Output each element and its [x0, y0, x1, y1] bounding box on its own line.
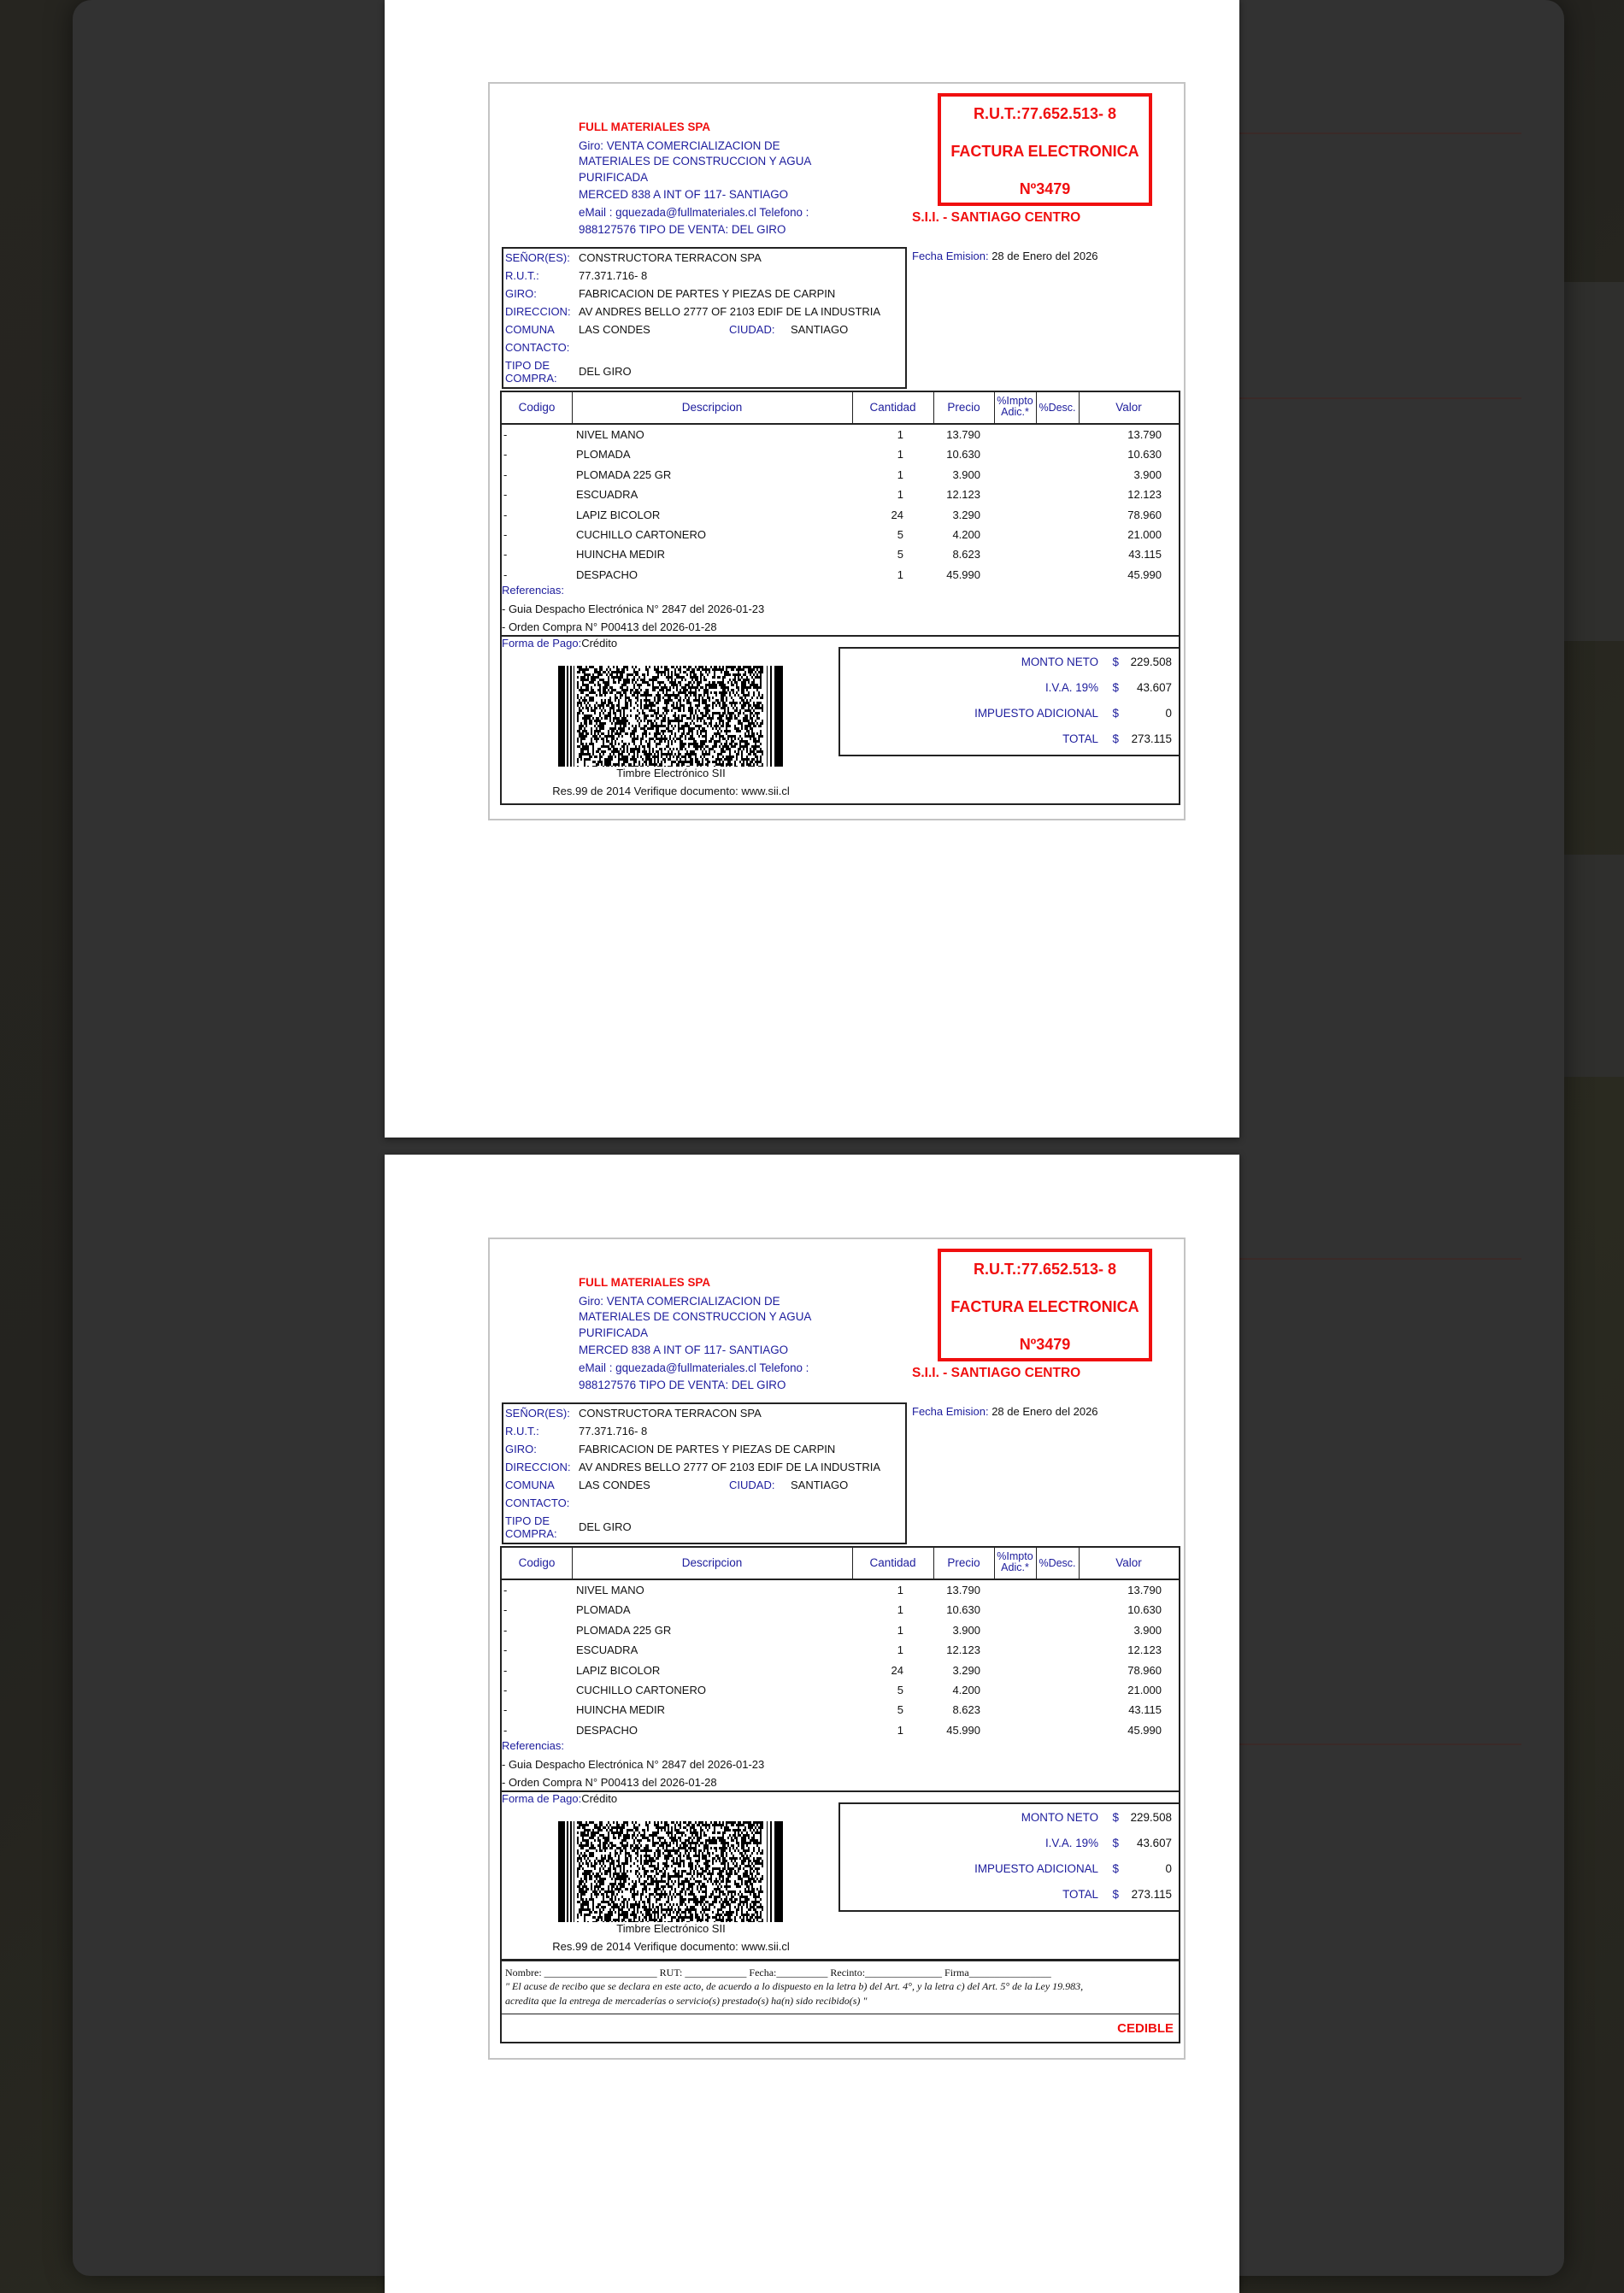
- cell-precio: 4.200: [952, 1684, 980, 1696]
- col-precio: Precio: [933, 392, 994, 423]
- cell-cantidad: 5: [897, 1684, 903, 1696]
- invoice-frame: FULL MATERIALES SPA Giro: VENTA COMERCIA…: [488, 82, 1186, 820]
- cell-codigo: -: [503, 1684, 507, 1696]
- cell-descripcion: NIVEL MANO: [576, 428, 644, 441]
- cell-precio: 3.290: [952, 509, 980, 521]
- col-valor: Valor: [1079, 392, 1179, 423]
- fecha-emision-label: Fecha Emision:: [912, 250, 989, 262]
- references-title: Referencias:: [502, 1739, 564, 1752]
- client-value: 77.371.716- 8: [579, 1423, 647, 1440]
- cell-precio: 3.290: [952, 1664, 980, 1677]
- document-viewer-modal: FULL MATERIALES SPA Giro: VENTA COMERCIA…: [73, 0, 1564, 2276]
- col-valor: Valor: [1079, 1548, 1179, 1579]
- table-row: -NIVEL MANO113.79013.790: [502, 425, 1179, 444]
- client-label: R.U.T.:: [505, 268, 539, 285]
- cell-valor: 43.115: [1128, 1703, 1162, 1716]
- cell-descripcion: LAPIZ BICOLOR: [576, 509, 660, 521]
- sii-office: S.I.I. - SANTIAGO CENTRO: [912, 1366, 1080, 1381]
- client-label: R.U.T.:: [505, 1423, 539, 1440]
- cell-precio: 10.630: [946, 448, 980, 461]
- emitter-giro-2: MATERIALES DE CONSTRUCCION Y AGUA: [579, 153, 811, 169]
- cell-valor: 12.123: [1127, 1643, 1162, 1656]
- client-label: COMUNA: [505, 1477, 555, 1494]
- fecha-emision: Fecha Emision: 28 de Enero del 2026: [912, 250, 1098, 262]
- cell-descripcion: CUCHILLO CARTONERO: [576, 1684, 706, 1696]
- emitter-info: FULL MATERIALES SPA Giro: VENTA COMERCIA…: [579, 1274, 811, 1395]
- totals-box: MONTO NETO$229.508 I.V.A. 19%$43.607 IMP…: [838, 1802, 1180, 1912]
- col-descripcion: Descripcion: [572, 392, 852, 423]
- cell-cantidad: 1: [897, 1724, 903, 1737]
- cell-cantidad: 24: [891, 1664, 903, 1677]
- cell-codigo: -: [503, 468, 507, 481]
- fecha-emision: Fecha Emision: 28 de Enero del 2026: [912, 1405, 1098, 1418]
- items-table-header: Codigo Descripcion Cantidad Precio %Impt…: [502, 1548, 1179, 1580]
- cell-cantidad: 5: [897, 1703, 903, 1716]
- client-label: DIRECCION:: [505, 1459, 571, 1476]
- cedible-label: CEDIBLE: [1117, 2021, 1174, 2036]
- client-value: FABRICACION DE PARTES Y PIEZAS DE CARPIN: [579, 1441, 835, 1458]
- cell-descripcion: DESPACHO: [576, 1724, 638, 1737]
- cell-precio: 3.900: [952, 468, 980, 481]
- cell-descripcion: PLOMADA: [576, 1603, 631, 1616]
- total-row-total: TOTAL$273.115: [840, 1888, 1179, 1905]
- table-row: -PLOMADA 225 GR13.9003.900: [502, 1620, 1179, 1640]
- cell-codigo: -: [503, 1643, 507, 1656]
- divider: [1239, 132, 1521, 134]
- cell-descripcion: HUINCHA MEDIR: [576, 1703, 665, 1716]
- total-row-iva: I.V.A. 19%$43.607: [840, 681, 1179, 698]
- client-value: CONSTRUCTORA TERRACON SPA: [579, 250, 762, 267]
- client-info-box: SEÑOR(ES):CONSTRUCTORA TERRACON SPA R.U.…: [502, 247, 907, 389]
- cell-cantidad: 5: [897, 548, 903, 561]
- emitter-contact-1: eMail : gquezada@fullmateriales.cl Telef…: [579, 204, 811, 222]
- tipo-compra-label: TIPO DECOMPRA:: [505, 359, 557, 385]
- divider: [1239, 1743, 1521, 1745]
- emitter-giro-3: PURIFICADA: [579, 169, 811, 187]
- cell-valor: 10.630: [1127, 448, 1162, 461]
- table-row: -CUCHILLO CARTONERO54.20021.000: [502, 525, 1179, 544]
- cell-precio: 13.790: [946, 1584, 980, 1596]
- total-row-impuesto-adicional: IMPUESTO ADICIONAL$0: [840, 707, 1179, 724]
- table-row: -NIVEL MANO113.79013.790: [502, 1580, 1179, 1600]
- cell-cantidad: 1: [897, 468, 903, 481]
- timbre-verify-note: Res.99 de 2014 Verifique documento: www.…: [502, 785, 840, 797]
- timbre-verify-note: Res.99 de 2014 Verifique documento: www.…: [502, 1940, 840, 1953]
- cell-valor: 3.900: [1133, 468, 1162, 481]
- acuse-recibo-box: Nombre: ______________________ RUT: ____…: [500, 1960, 1180, 2043]
- cell-cantidad: 1: [897, 488, 903, 501]
- tipo-compra-value: DEL GIRO: [579, 1519, 632, 1536]
- cell-valor: 3.900: [1133, 1624, 1162, 1637]
- document-header-box: R.U.T.:77.652.513- 8 FACTURA ELECTRONICA…: [938, 1249, 1152, 1361]
- background-panel: [1564, 282, 1624, 641]
- cell-cantidad: 1: [897, 448, 903, 461]
- cell-codigo: -: [503, 1724, 507, 1737]
- cell-codigo: -: [503, 1603, 507, 1616]
- col-desc: %Desc.: [1036, 392, 1079, 423]
- client-label: GIRO:: [505, 1441, 537, 1458]
- document-number: Nº3479: [941, 180, 1149, 198]
- cell-precio: 45.990: [946, 568, 980, 581]
- col-precio: Precio: [933, 1548, 994, 1579]
- emitter-giro-1: Giro: VENTA COMERCIALIZACION DE: [579, 1294, 811, 1308]
- cell-valor: 12.123: [1127, 488, 1162, 501]
- col-cantidad: Cantidad: [852, 392, 933, 423]
- ciudad-value: SANTIAGO: [791, 1477, 848, 1494]
- cell-descripcion: PLOMADA: [576, 448, 631, 461]
- cell-precio: 8.623: [952, 548, 980, 561]
- col-descripcion: Descripcion: [572, 1548, 852, 1579]
- cell-cantidad: 1: [897, 428, 903, 441]
- ciudad-value: SANTIAGO: [791, 321, 848, 338]
- total-row-impuesto-adicional: IMPUESTO ADICIONAL$0: [840, 1862, 1179, 1879]
- col-desc: %Desc.: [1036, 1548, 1079, 1579]
- cell-codigo: -: [503, 428, 507, 441]
- cell-precio: 45.990: [946, 1724, 980, 1737]
- cell-descripcion: PLOMADA 225 GR: [576, 1624, 671, 1637]
- client-value: 77.371.716- 8: [579, 268, 647, 285]
- table-row: -CUCHILLO CARTONERO54.20021.000: [502, 1680, 1179, 1700]
- cell-codigo: -: [503, 548, 507, 561]
- ciudad-label: CIUDAD:: [729, 1477, 774, 1494]
- timbre-caption: Timbre Electrónico SII: [502, 767, 840, 779]
- emitter-contact-1: eMail : gquezada@fullmateriales.cl Telef…: [579, 1360, 811, 1378]
- document-number: Nº3479: [941, 1336, 1149, 1354]
- emitter-contact-2: 988127576 TIPO DE VENTA: DEL GIRO: [579, 1377, 811, 1395]
- emitter-giro-2: MATERIALES DE CONSTRUCCION Y AGUA: [579, 1308, 811, 1325]
- fecha-emision-value: 28 de Enero del 2026: [989, 250, 1098, 262]
- invoice-frame: FULL MATERIALES SPA Giro: VENTA COMERCIA…: [488, 1238, 1186, 2060]
- table-row: -LAPIZ BICOLOR243.29078.960: [502, 1661, 1179, 1680]
- total-row-neto: MONTO NETO$229.508: [840, 656, 1179, 673]
- emitter-giro-3: PURIFICADA: [579, 1325, 811, 1343]
- client-value: AV ANDRES BELLO 2777 OF 2103 EDIF DE LA …: [579, 303, 880, 320]
- client-label: CONTACTO:: [505, 1495, 569, 1512]
- items-table: Codigo Descripcion Cantidad Precio %Impt…: [500, 1546, 1180, 1792]
- fecha-emision-label: Fecha Emision:: [912, 1405, 989, 1418]
- timbre-caption: Timbre Electrónico SII: [502, 1922, 840, 1935]
- emitter-address: MERCED 838 A INT OF 117- SANTIAGO: [579, 186, 811, 204]
- tipo-compra-label: TIPO DECOMPRA:: [505, 1514, 557, 1540]
- reference-line: - Orden Compra N° P00413 del 2026-01-28: [502, 1776, 717, 1789]
- cell-cantidad: 1: [897, 1643, 903, 1656]
- client-label: DIRECCION:: [505, 303, 571, 320]
- cell-descripcion: CUCHILLO CARTONERO: [576, 528, 706, 541]
- client-label: SEÑOR(ES):: [505, 1405, 570, 1422]
- reference-line: - Guia Despacho Electrónica N° 2847 del …: [502, 1758, 764, 1771]
- cell-codigo: -: [503, 568, 507, 581]
- table-row: -DESPACHO145.99045.990: [502, 1720, 1179, 1740]
- acuse-legal-line: " El acuse de recibo que se declara en e…: [505, 1980, 1083, 1993]
- total-row-total: TOTAL$273.115: [840, 732, 1179, 750]
- cell-codigo: -: [503, 1584, 507, 1596]
- cell-cantidad: 1: [897, 1584, 903, 1596]
- forma-pago: Forma de Pago:Crédito: [502, 1792, 617, 1805]
- totals-section: Forma de Pago:Crédito Timbre Electrónico…: [500, 1792, 1180, 1961]
- items-table: Codigo Descripcion Cantidad Precio %Impt…: [500, 391, 1180, 637]
- pdf-page-2: FULL MATERIALES SPA Giro: VENTA COMERCIA…: [385, 1155, 1239, 2293]
- divider: [1239, 1258, 1521, 1260]
- table-row: -HUINCHA MEDIR58.62343.115: [502, 1700, 1179, 1720]
- cell-descripcion: NIVEL MANO: [576, 1584, 644, 1596]
- acuse-fields-line: Nombre: ______________________ RUT: ____…: [505, 1967, 1051, 1979]
- emitter-giro-1: Giro: VENTA COMERCIALIZACION DE: [579, 138, 811, 153]
- cell-codigo: -: [503, 448, 507, 461]
- cell-precio: 13.790: [946, 428, 980, 441]
- client-row: COMUNALAS CONDESCIUDAD:SANTIAGO: [505, 1477, 898, 1494]
- cell-codigo: -: [503, 1703, 507, 1716]
- table-row: -PLOMADA110.63010.630: [502, 1600, 1179, 1620]
- client-row: COMUNALAS CONDESCIUDAD:SANTIAGO: [505, 321, 898, 338]
- cell-precio: 10.630: [946, 1603, 980, 1616]
- reference-line: - Guia Despacho Electrónica N° 2847 del …: [502, 603, 764, 615]
- cell-valor: 21.000: [1127, 1684, 1162, 1696]
- client-label: GIRO:: [505, 285, 537, 303]
- issuer-rut: R.U.T.:77.652.513- 8: [941, 105, 1149, 123]
- timbre-electronico-barcode: [558, 666, 783, 767]
- references-title: Referencias:: [502, 584, 564, 597]
- client-label: COMUNA: [505, 321, 555, 338]
- cell-precio: 3.900: [952, 1624, 980, 1637]
- cell-cantidad: 24: [891, 509, 903, 521]
- ciudad-label: CIUDAD:: [729, 321, 774, 338]
- cell-valor: 45.990: [1127, 1724, 1162, 1737]
- cell-valor: 13.790: [1127, 428, 1162, 441]
- table-row: -ESCUADRA112.12312.123: [502, 485, 1179, 504]
- cell-cantidad: 1: [897, 568, 903, 581]
- cell-codigo: -: [503, 528, 507, 541]
- divider: [1239, 397, 1521, 399]
- client-label: CONTACTO:: [505, 339, 569, 356]
- cell-valor: 10.630: [1127, 1603, 1162, 1616]
- cell-valor: 78.960: [1127, 1664, 1162, 1677]
- totals-box: MONTO NETO$229.508 I.V.A. 19%$43.607 IMP…: [838, 647, 1180, 756]
- col-codigo: Codigo: [502, 1548, 572, 1579]
- emitter-contact-2: 988127576 TIPO DE VENTA: DEL GIRO: [579, 221, 811, 239]
- cell-descripcion: ESCUADRA: [576, 488, 638, 501]
- emitter-info: FULL MATERIALES SPA Giro: VENTA COMERCIA…: [579, 119, 811, 239]
- document-header-box: R.U.T.:77.652.513- 8 FACTURA ELECTRONICA…: [938, 93, 1152, 206]
- sii-office: S.I.I. - SANTIAGO CENTRO: [912, 210, 1080, 226]
- cell-valor: 45.990: [1127, 568, 1162, 581]
- client-value: LAS CONDES: [579, 321, 650, 338]
- pdf-viewer-scroll-area[interactable]: FULL MATERIALES SPA Giro: VENTA COMERCIA…: [385, 0, 1239, 2293]
- cell-codigo: -: [503, 509, 507, 521]
- client-value: FABRICACION DE PARTES Y PIEZAS DE CARPIN: [579, 285, 835, 303]
- items-table-header: Codigo Descripcion Cantidad Precio %Impt…: [502, 392, 1179, 425]
- table-row: -LAPIZ BICOLOR243.29078.960: [502, 505, 1179, 525]
- cell-codigo: -: [503, 1624, 507, 1637]
- forma-pago: Forma de Pago:Crédito: [502, 637, 617, 650]
- cell-cantidad: 1: [897, 1603, 903, 1616]
- table-row: -PLOMADA 225 GR13.9003.900: [502, 465, 1179, 485]
- emitter-name: FULL MATERIALES SPA: [579, 1274, 811, 1292]
- cell-codigo: -: [503, 1664, 507, 1677]
- col-cantidad: Cantidad: [852, 1548, 933, 1579]
- cell-descripcion: ESCUADRA: [576, 1643, 638, 1656]
- cell-valor: 21.000: [1127, 528, 1162, 541]
- reference-line: - Orden Compra N° P00413 del 2026-01-28: [502, 620, 717, 633]
- client-label: SEÑOR(ES):: [505, 250, 570, 267]
- table-row: -DESPACHO145.99045.990: [502, 565, 1179, 585]
- fecha-emision-value: 28 de Enero del 2026: [989, 1405, 1098, 1418]
- table-row: -PLOMADA110.63010.630: [502, 444, 1179, 464]
- total-row-iva: I.V.A. 19%$43.607: [840, 1837, 1179, 1854]
- acuse-legal-line: acredita que la entrega de mercaderías o…: [505, 1995, 867, 2008]
- tipo-compra-value: DEL GIRO: [579, 363, 632, 380]
- client-value: CONSTRUCTORA TERRACON SPA: [579, 1405, 762, 1422]
- client-value: LAS CONDES: [579, 1477, 650, 1494]
- emitter-name: FULL MATERIALES SPA: [579, 119, 811, 137]
- cell-precio: 12.123: [946, 1643, 980, 1656]
- cell-cantidad: 5: [897, 528, 903, 541]
- client-info-box: SEÑOR(ES):CONSTRUCTORA TERRACON SPA R.U.…: [502, 1402, 907, 1544]
- table-row: -ESCUADRA112.12312.123: [502, 1640, 1179, 1660]
- background-panel: [1564, 855, 1624, 1077]
- col-impto-adic: %ImptoAdic.*: [994, 1548, 1036, 1579]
- cell-precio: 8.623: [952, 1703, 980, 1716]
- cell-cantidad: 1: [897, 1624, 903, 1637]
- issuer-rut: R.U.T.:77.652.513- 8: [941, 1261, 1149, 1279]
- cell-descripcion: PLOMADA 225 GR: [576, 468, 671, 481]
- timbre-electronico-barcode: [558, 1821, 783, 1922]
- pdf-page-1: FULL MATERIALES SPA Giro: VENTA COMERCIA…: [385, 0, 1239, 1138]
- table-row: -HUINCHA MEDIR58.62343.115: [502, 544, 1179, 564]
- cell-descripcion: HUINCHA MEDIR: [576, 548, 665, 561]
- col-codigo: Codigo: [502, 392, 572, 423]
- emitter-address: MERCED 838 A INT OF 117- SANTIAGO: [579, 1342, 811, 1360]
- totals-section: Forma de Pago:Crédito Timbre Electrónico…: [500, 637, 1180, 805]
- document-type: FACTURA ELECTRONICA: [941, 143, 1149, 161]
- document-type: FACTURA ELECTRONICA: [941, 1298, 1149, 1316]
- cell-descripcion: DESPACHO: [576, 568, 638, 581]
- cell-precio: 12.123: [946, 488, 980, 501]
- cell-codigo: -: [503, 488, 507, 501]
- cell-precio: 4.200: [952, 528, 980, 541]
- cell-valor: 13.790: [1127, 1584, 1162, 1596]
- cell-valor: 78.960: [1127, 509, 1162, 521]
- total-row-neto: MONTO NETO$229.508: [840, 1811, 1179, 1828]
- client-value: AV ANDRES BELLO 2777 OF 2103 EDIF DE LA …: [579, 1459, 880, 1476]
- cell-valor: 43.115: [1128, 548, 1162, 561]
- col-impto-adic: %ImptoAdic.*: [994, 392, 1036, 423]
- cell-descripcion: LAPIZ BICOLOR: [576, 1664, 660, 1677]
